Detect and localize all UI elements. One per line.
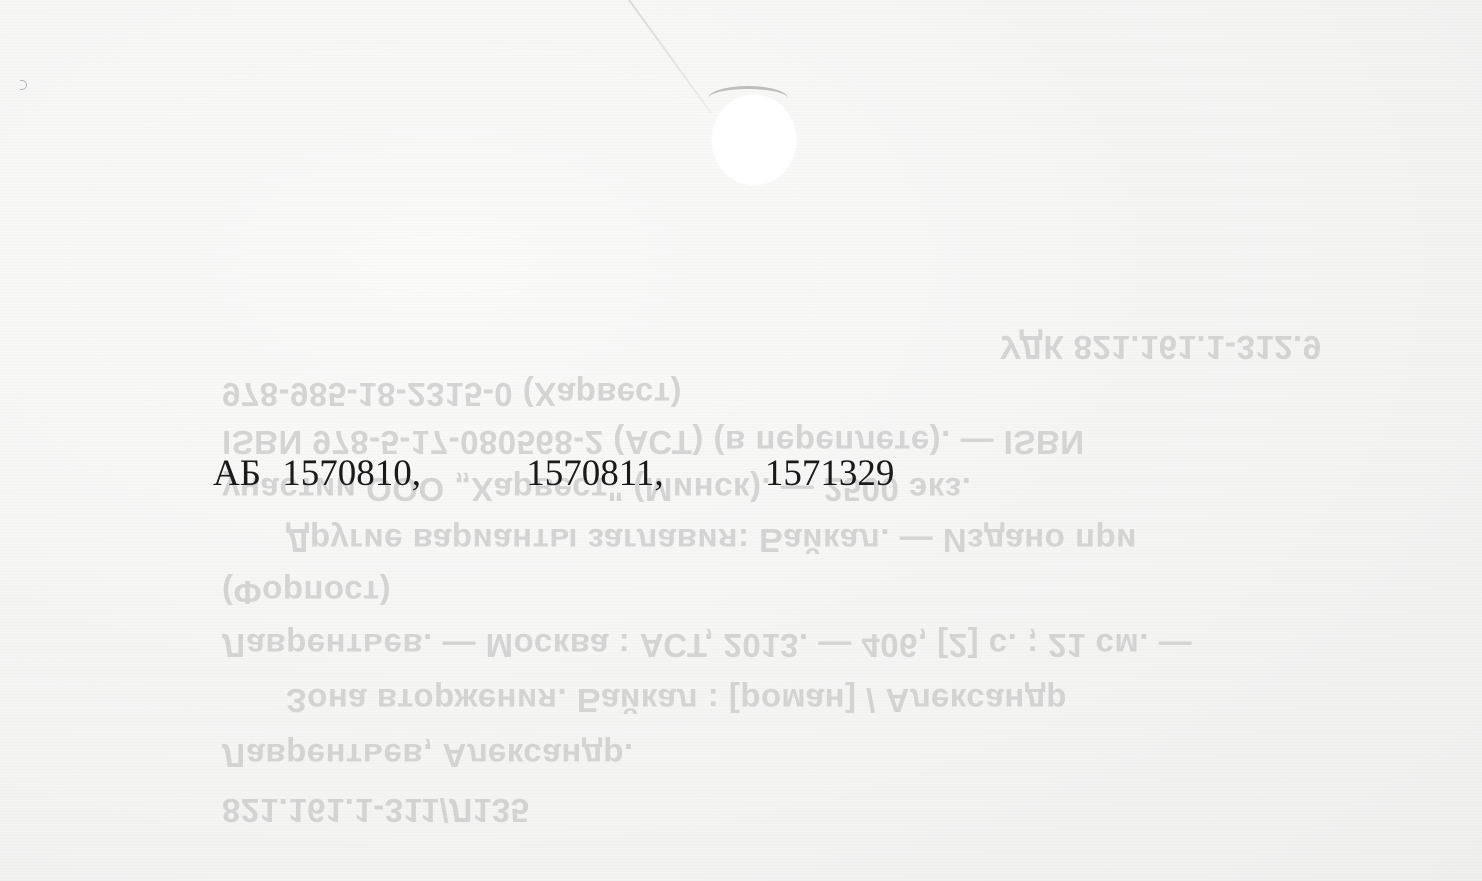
bleed-series: (Форпост)	[222, 573, 391, 611]
bleed-isbn-2: 978-985-18-2315-0 (Харвест)	[222, 375, 682, 413]
inventory-number: 1570811,	[526, 452, 663, 495]
inventory-prefix: АБ	[213, 452, 261, 495]
paper-scratch-mark	[622, 0, 712, 113]
paper-speck	[20, 80, 27, 90]
bleed-classification: 821.161.1-311/Л135	[222, 791, 529, 829]
bleed-title: Зона вторжения. Байкал : [роман] / Алекс…	[286, 681, 1067, 719]
bleed-author: Лаврентьев, Александр.	[222, 736, 634, 774]
bleed-note: Другие варианты заглавия: Байкал. — Изда…	[286, 521, 1137, 559]
catalog-card: 821.161.1-311/Л135 Лаврентьев, Александр…	[0, 0, 1482, 881]
inventory-number: 1570810,	[282, 452, 421, 495]
bleed-imprint: Лаврентьев. — Москва : АСТ, 2013. — 406,…	[222, 626, 1192, 664]
punch-hole	[712, 95, 796, 185]
inventory-numbers-line: АБ 1570810, 1570811, 1571329	[213, 452, 894, 495]
bleed-udc: УДК 821.161.1-312.9	[1000, 328, 1322, 366]
inventory-number: 1571329	[765, 452, 895, 495]
